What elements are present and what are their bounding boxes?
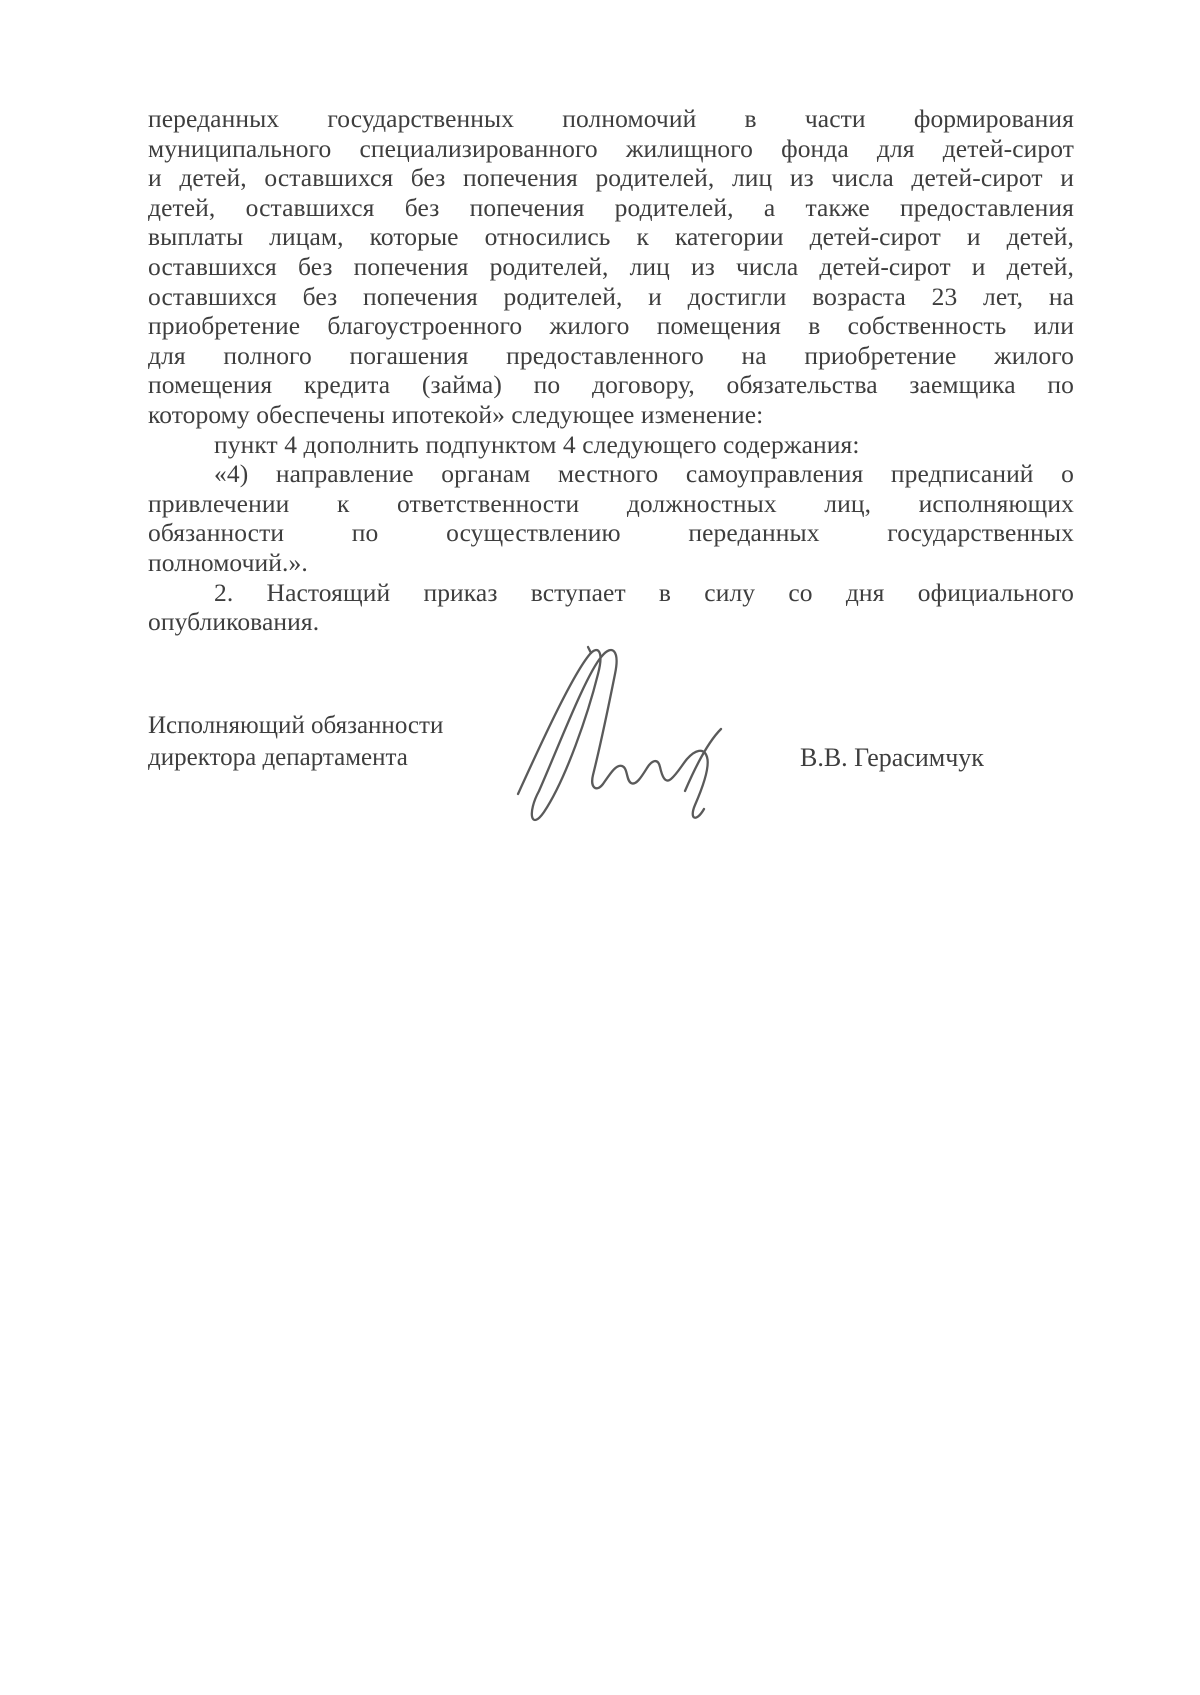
signer-position: Исполняющий обязанности директора департ… bbox=[148, 710, 443, 774]
document-body-text: переданных государственных полномочий в … bbox=[148, 104, 1074, 637]
text-line: полномочий.». bbox=[148, 548, 1074, 578]
signer-name: В.В. Герасимчук bbox=[800, 743, 984, 773]
text-line: помещения кредита (займа) по договору, о… bbox=[148, 370, 1074, 400]
signature-block: Исполняющий обязанности директора департ… bbox=[148, 710, 1074, 910]
signer-position-line1: Исполняющий обязанности bbox=[148, 710, 443, 742]
text-line: которому обеспечены ипотекой» следующее … bbox=[148, 400, 1074, 430]
text-line: оставшихся без попечения родителей, лиц … bbox=[148, 252, 1074, 282]
text-line: и детей, оставшихся без попечения родите… bbox=[148, 163, 1074, 193]
text-line: «4) направление органам местного самоупр… bbox=[148, 459, 1074, 489]
text-line: для полного погашения предоставленного н… bbox=[148, 341, 1074, 371]
scanned-document-page: переданных государственных полномочий в … bbox=[0, 0, 1200, 1695]
signer-position-line2: директора департамента bbox=[148, 742, 443, 774]
text-line: выплаты лицам, которые относились к кате… bbox=[148, 222, 1074, 252]
text-line: переданных государственных полномочий в … bbox=[148, 104, 1074, 134]
handwritten-signature-icon bbox=[498, 642, 763, 822]
text-line: приобретение благоустроенного жилого пом… bbox=[148, 311, 1074, 341]
text-line: оставшихся без попечения родителей, и до… bbox=[148, 282, 1074, 312]
text-line: опубликования. bbox=[148, 607, 1074, 637]
text-line: обязанности по осуществлению переданных … bbox=[148, 518, 1074, 548]
text-line: детей, оставшихся без попечения родителе… bbox=[148, 193, 1074, 223]
text-line: 2. Настоящий приказ вступает в силу со д… bbox=[148, 578, 1074, 608]
text-line: пункт 4 дополнить подпунктом 4 следующег… bbox=[148, 430, 1074, 460]
text-line: привлечении к ответственности должностны… bbox=[148, 489, 1074, 519]
text-line: муниципального специализированного жилищ… bbox=[148, 134, 1074, 164]
